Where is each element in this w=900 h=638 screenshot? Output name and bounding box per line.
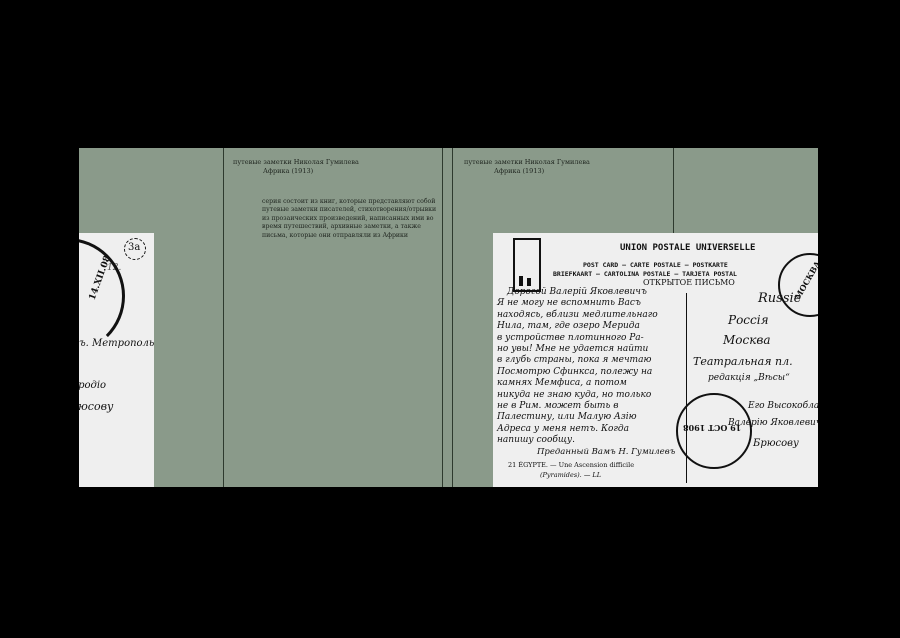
letter-line: Я не могу не вспомнить Васъ [497, 298, 697, 309]
letter-line: камнях Мемфиса, а потом [497, 378, 697, 389]
left-handwriting-1: ъ. Метрополь [79, 338, 154, 349]
address-line: Его Высокоблагородію [748, 401, 818, 411]
postcard-line3: ОТКРЫТОЕ ПИСЬМО [643, 278, 735, 287]
letter-line: никуда не знаю куда, но только [497, 390, 697, 401]
stamp-mark-text: 3a [128, 242, 140, 253]
left-page-header: путевые заметки Николая Гумилева Африка … [233, 158, 359, 176]
page-divider-left [223, 148, 224, 487]
stamp-box [513, 238, 541, 292]
left-handwriting-3: Брюсову [79, 400, 113, 413]
right-header-line2: Африка (1913) [464, 167, 590, 176]
stamp-inner [519, 276, 523, 286]
right-page-header: путевые заметки Николая Гумилева Африка … [464, 158, 590, 176]
letter-line: напишу сообщу. [497, 435, 697, 446]
letter-line: но увы! Мне не удается найти [497, 344, 697, 355]
left-postcard: 3a 12. 14.XII.08 ъ. Метрополь городіо Бр… [79, 233, 154, 487]
letter-line: в глубь страны, пока я мечтаю [497, 355, 697, 366]
letter-line: Нила, там, где озеро Мерида [497, 321, 697, 332]
book-spread: 3a 12. 14.XII.08 ъ. Метрополь городіо Бр… [79, 148, 818, 487]
address-line: Россія [728, 313, 769, 327]
left-page-body: серия состоит из книг, которые представл… [262, 198, 442, 240]
letter-line: не в Рим. может быть в [497, 401, 697, 412]
postcard-line1: POST CARD — CARTE POSTALE — POSTKARTE [583, 261, 728, 269]
letter-line: Адреса у меня нетъ. Когда [497, 424, 697, 435]
left-handwriting-2: городіо [79, 380, 106, 391]
left-header-line1: путевые заметки Николая Гумилева [233, 158, 359, 166]
postcard-title: UNION POSTALE UNIVERSELLE [620, 243, 755, 253]
letter-line: в устройстве плотинного Ра- [497, 333, 697, 344]
stamp-inner [527, 278, 531, 286]
address-line: Москва [723, 333, 771, 347]
letter-line: Посмотрю Сфинкса, полежу на [497, 367, 697, 378]
main-postcard: UNION POSTALE UNIVERSELLE POST CARD — CA… [493, 233, 818, 487]
address-line: Брюсову [753, 438, 799, 449]
postmark-date-text: 19 OCT 1908 [683, 423, 741, 433]
spine-line-2 [452, 148, 453, 487]
address-line: редакція „Вѣсы“ [708, 373, 790, 383]
left-header-line2: Африка (1913) [233, 167, 359, 176]
letter-line: находясь, вблизи медлительнаго [497, 310, 697, 321]
postcard-caption-2: (Pyramides). — LL [540, 471, 601, 479]
postcard-line2: BRIEFKAART — CARTOLINA POSTALE — TARJETA… [553, 270, 737, 278]
postcard-caption-1: 21 ÉGYPTE. — Une Ascension difficile [508, 461, 634, 469]
right-header-line1: путевые заметки Николая Гумилева [464, 158, 590, 166]
letter-line: Палестину, или Малую Азію [497, 412, 697, 423]
spine-line-1 [442, 148, 443, 487]
address-line: Театральная пл. [693, 355, 793, 368]
letter-line: Дорогой Валерій Яковлевичъ [497, 287, 697, 298]
letter-signature: Преданный Вамъ Н. Гумилевъ [497, 447, 697, 458]
letter-text: Дорогой Валерій Яковлевичъ Я не могу не … [497, 287, 697, 458]
